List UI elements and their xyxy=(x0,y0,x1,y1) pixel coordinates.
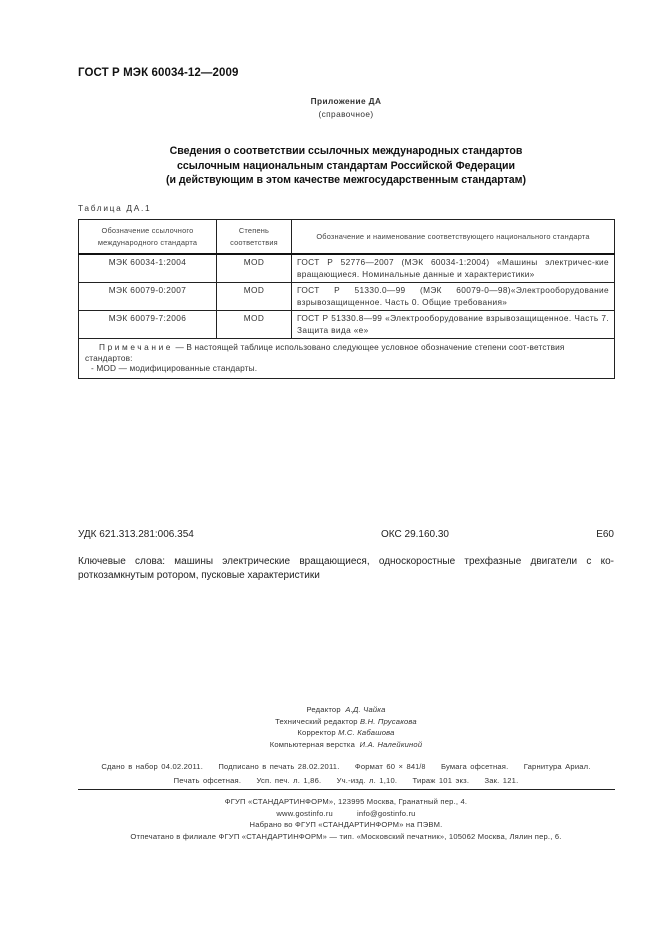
credit-corrector: Корректор М.С. Кабашова xyxy=(78,727,614,739)
printed-at-info: Отпечатано в филиале ФГУП «СТАНДАРТИНФОР… xyxy=(78,831,614,843)
table-header-row: Обозначение ссылочного международного ст… xyxy=(79,220,615,255)
credit-layout: Компьютерная верстка И.А. Налейкиной xyxy=(78,739,614,751)
typeset-info: Набрано во ФГУП «СТАНДАРТИНФОРМ» на ПЭВМ… xyxy=(78,819,614,831)
cell-international: МЭК 60079-7:2006 xyxy=(79,311,217,339)
format-fraction: 1/8 xyxy=(415,761,425,774)
heading-line: (и действующим в этом качестве межгосуда… xyxy=(78,173,614,188)
annex-block: Приложение ДА (справочное) xyxy=(78,95,614,121)
credit-tech-editor: Технический редактор В.Н. Прусакова xyxy=(78,716,614,728)
keywords: Ключевые слова: машины электрические вра… xyxy=(78,555,614,583)
credit-label: Технический редактор xyxy=(275,717,358,726)
circulation: Тираж 101 экз. xyxy=(413,776,470,785)
correspondence-table: Обозначение ссылочного международного ст… xyxy=(78,219,615,379)
credit-editor: Редактор А.Д. Чайка xyxy=(78,704,614,716)
column-header-degree: Степень соответствия xyxy=(217,220,292,255)
annex-type: (справочное) xyxy=(78,108,614,121)
udk-code: УДК 621.313.281:006.354 xyxy=(78,529,194,540)
cell-degree: MOD xyxy=(217,311,292,339)
cell-national: ГОСТ Р 52776—2007 (МЭК 60034-1:2004) «Ма… xyxy=(292,254,615,283)
email-link[interactable]: info@gostinfo.ru xyxy=(357,809,416,818)
table-note-row: Примечание — В настоящей таблице использ… xyxy=(79,339,615,379)
table-row: МЭК 60034-1:2004 MOD ГОСТ Р 52776—2007 (… xyxy=(79,254,615,283)
publisher-sheets: Уч.-изд. л. 1,10. xyxy=(337,776,398,785)
table-row: МЭК 60079-0:2007 MOD ГОСТ Р 51330.0—99 (… xyxy=(79,283,615,311)
format-label: Формат 60 × 84 xyxy=(355,762,415,771)
heading-line: ссылочным национальным стандартам Россий… xyxy=(78,159,614,174)
credit-name: В.Н. Прусакова xyxy=(360,717,417,726)
classification-line: УДК 621.313.281:006.354 ОКС 29.160.30 Е6… xyxy=(78,529,614,540)
credit-name: И.А. Налейкиной xyxy=(360,740,423,749)
column-header-national: Обозначение и наименование соответствующ… xyxy=(292,220,615,255)
paper-type: Бумага офсетная. xyxy=(441,762,508,771)
credits-block: Редактор А.Д. Чайка Технический редактор… xyxy=(78,704,614,750)
printing-line-1: Сдано в набор 04.02.2011. Подписано в пе… xyxy=(78,760,614,774)
signed-date: Подписано в печать 28.02.2011. xyxy=(218,762,339,771)
publisher-block: ФГУП «СТАНДАРТИНФОРМ», 123995 Москва, Гр… xyxy=(78,796,614,842)
cell-degree: MOD xyxy=(217,254,292,283)
annex-title: Приложение ДА xyxy=(78,95,614,108)
cell-degree: MOD xyxy=(217,283,292,311)
credit-label: Корректор xyxy=(297,728,335,737)
column-header-international: Обозначение ссылочного международного ст… xyxy=(79,220,217,255)
heading-line: Сведения о соответствии ссылочных междун… xyxy=(78,144,614,159)
annex-heading: Сведения о соответствии ссылочных междун… xyxy=(78,144,614,188)
printing-line-2: Печать офсетная. Усп. печ. л. 1,86. Уч.-… xyxy=(78,774,614,787)
oks-code: ОКС 29.160.30 xyxy=(381,529,449,540)
cell-national: ГОСТ Р 51330.0—99 (МЭК 60079-0—98)«Элект… xyxy=(292,283,615,311)
submitted-date: Сдано в набор 04.02.2011. xyxy=(101,762,203,771)
credit-name: А.Д. Чайка xyxy=(345,705,385,714)
credit-label: Компьютерная верстка xyxy=(270,740,355,749)
print-type: Печать офсетная. xyxy=(174,776,242,785)
website-link[interactable]: www.gostinfo.ru xyxy=(276,809,333,818)
publisher-contacts: www.gostinfo.ruinfo@gostinfo.ru xyxy=(78,808,614,820)
credit-label: Редактор xyxy=(306,705,340,714)
credit-name: М.С. Кабашова xyxy=(338,728,394,737)
order-number: Зак. 121. xyxy=(484,776,518,785)
cell-international: МЭК 60034-1:2004 xyxy=(79,254,217,283)
document-id: ГОСТ Р МЭК 60034-12—2009 xyxy=(78,67,238,79)
category-code: Е60 xyxy=(596,529,614,540)
publisher-address: ФГУП «СТАНДАРТИНФОРМ», 123995 Москва, Гр… xyxy=(78,796,614,808)
cell-international: МЭК 60079-0:2007 xyxy=(79,283,217,311)
note-item: - MOD — модифицированные стандарты. xyxy=(85,363,609,374)
printed-sheets: Усп. печ. л. 1,86. xyxy=(256,776,321,785)
table-row: МЭК 60079-7:2006 MOD ГОСТ Р 51330.8—99 «… xyxy=(79,311,615,339)
table-label: Таблица ДА.1 xyxy=(78,203,151,213)
table-note: Примечание — В настоящей таблице использ… xyxy=(79,339,615,379)
note-prefix: Примечание xyxy=(99,342,173,352)
cell-national: ГОСТ Р 51330.8—99 «Электрооборудование в… xyxy=(292,311,615,339)
printing-info: Сдано в набор 04.02.2011. Подписано в пе… xyxy=(78,760,614,787)
divider-line xyxy=(78,789,615,790)
typeface: Гарнитура Ариал. xyxy=(524,762,591,771)
